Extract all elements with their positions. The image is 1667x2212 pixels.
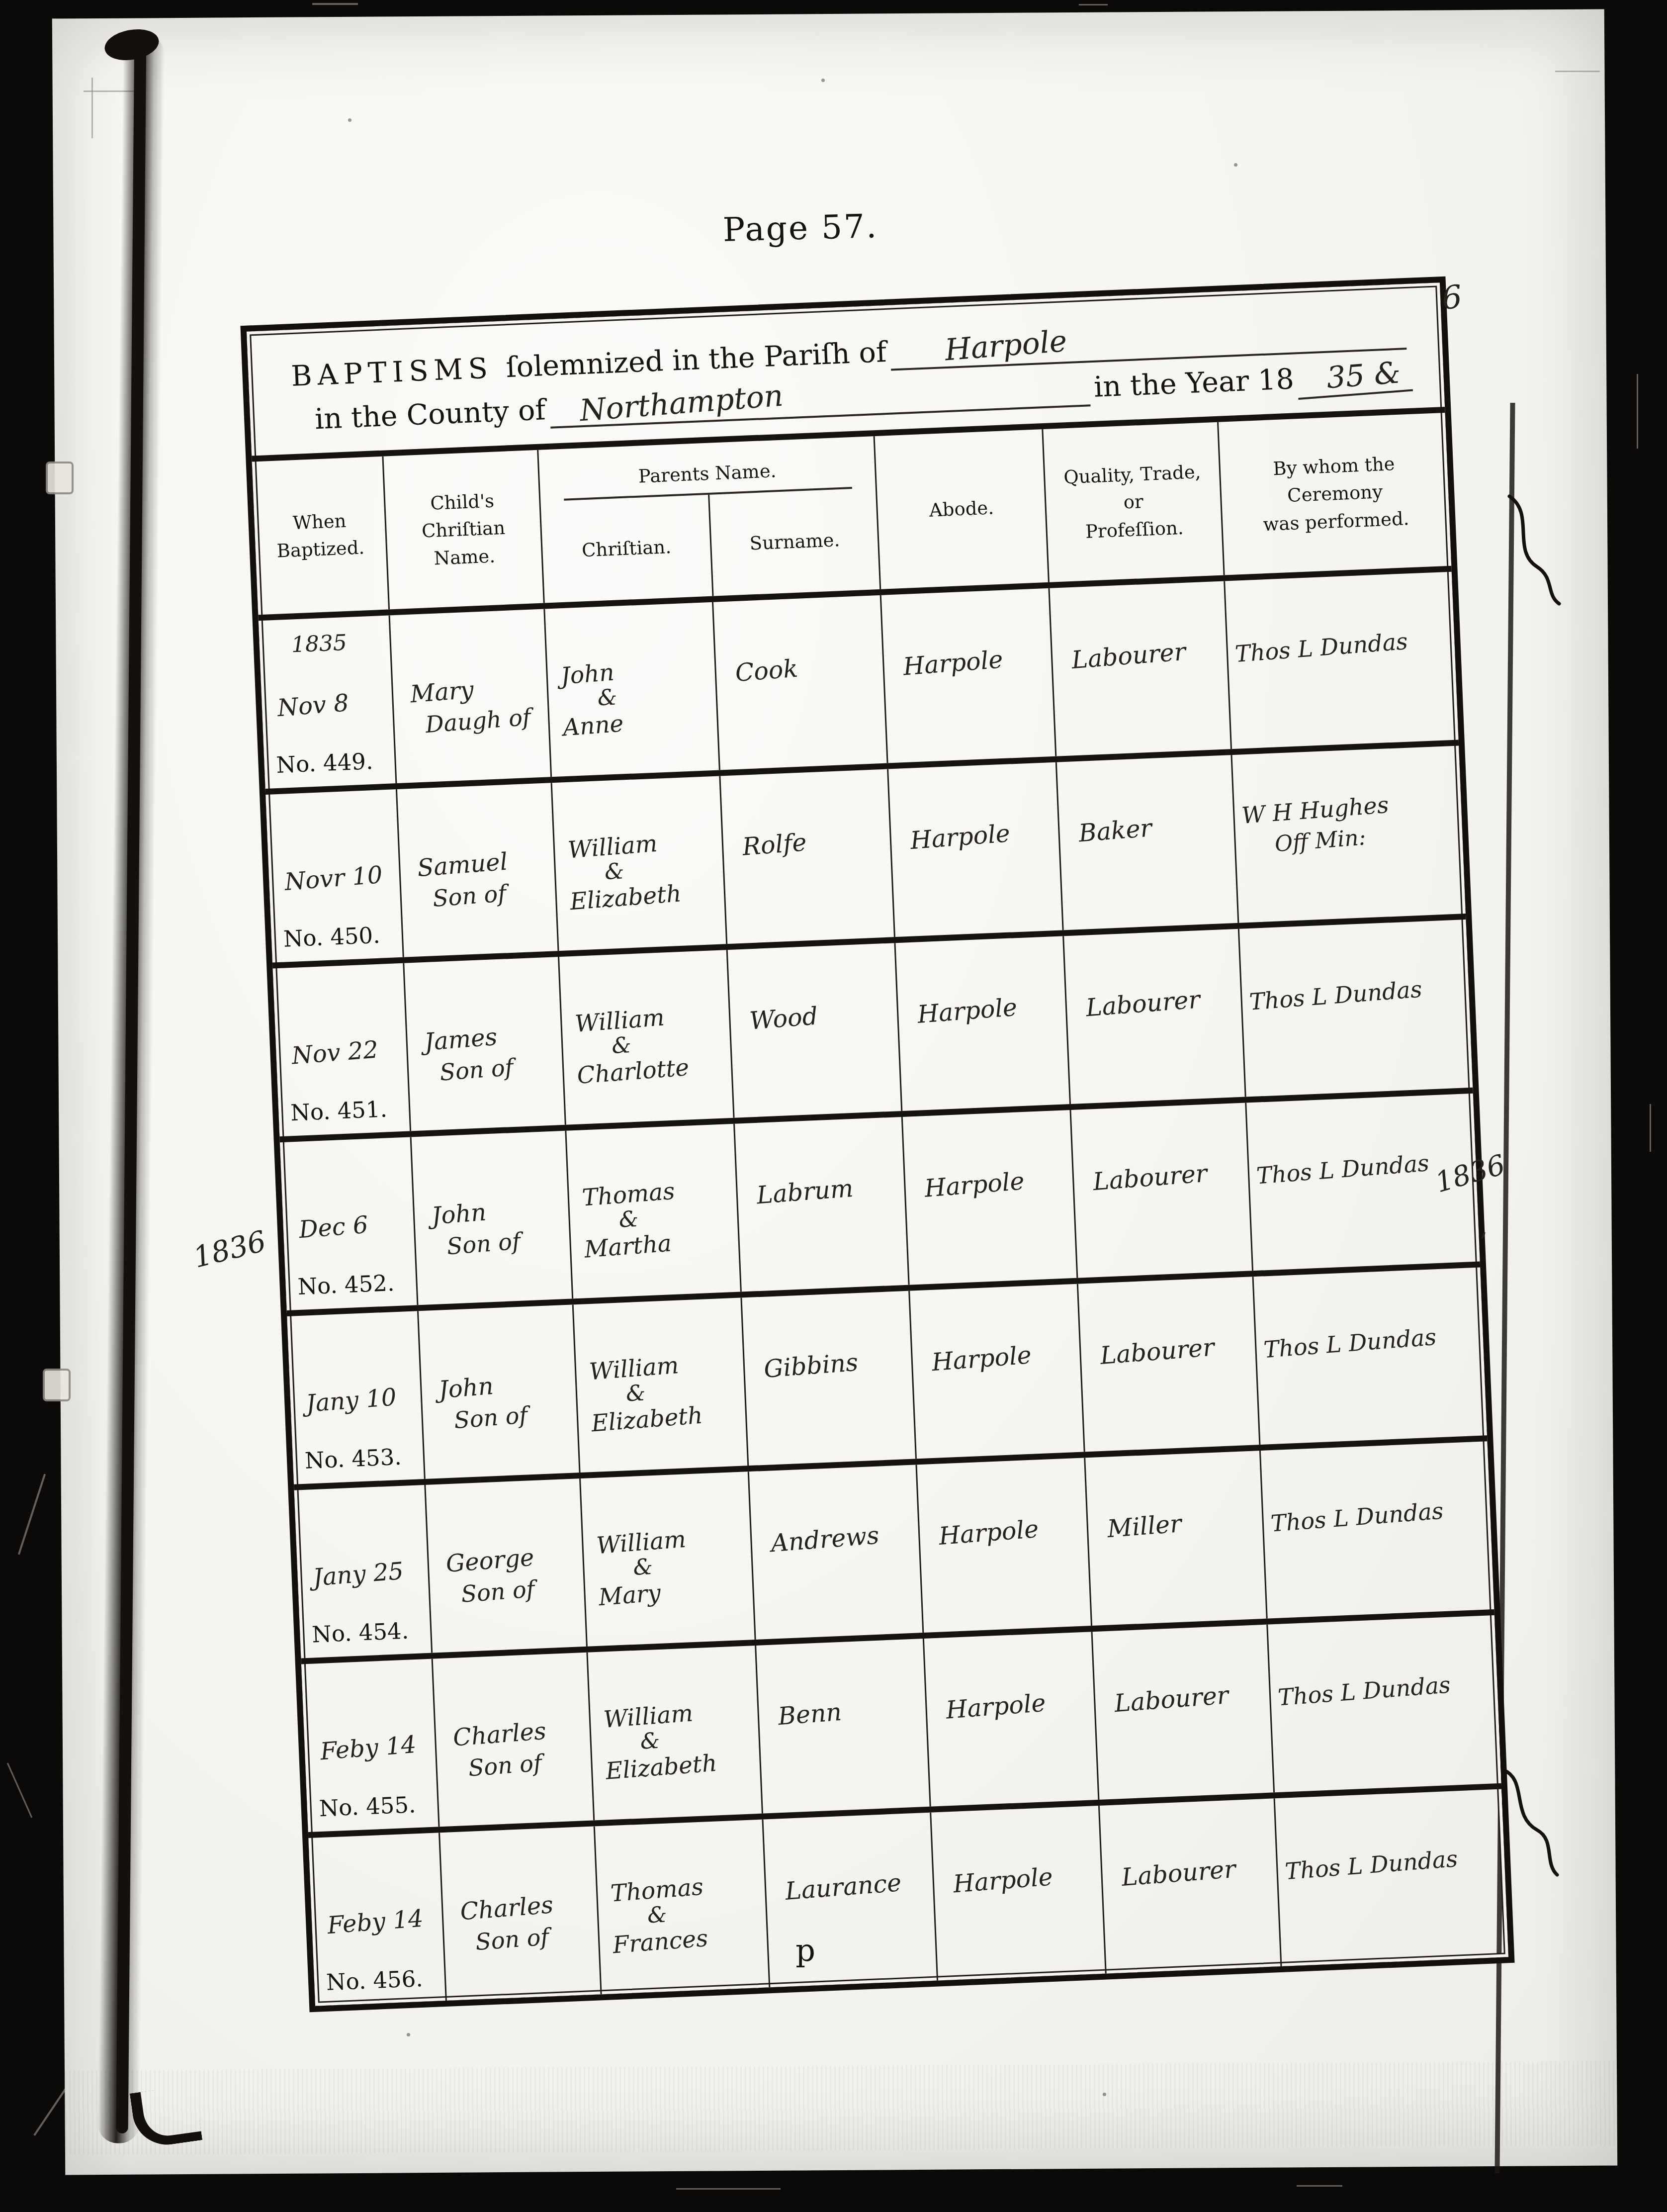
quality-cell: Labourer (1049, 581, 1231, 756)
minister-cell: Thos L Dundas (1266, 1615, 1501, 1793)
child-name-cell: John Son of (417, 1304, 579, 1479)
surname: Laurance (784, 1868, 902, 1906)
parent-christian-cell: John & Anne (543, 602, 718, 777)
abode: Harpole (924, 1167, 1026, 1202)
surname: Wood (748, 1002, 818, 1035)
entry-date: Feby 14 (309, 1874, 443, 1941)
child-name-cell: George Son of (424, 1478, 586, 1653)
abode-cell: Harpole (909, 1284, 1084, 1459)
abode: Harpole (902, 645, 1004, 681)
abode-cell: Harpole (916, 1458, 1091, 1633)
surname-cell: Wood (726, 943, 901, 1118)
abode-cell: Harpole (894, 936, 1069, 1111)
quality-cell: Labourer (1062, 929, 1245, 1104)
child-name-cell: Charles Son of (439, 1827, 601, 2001)
abode: Harpole (931, 1341, 1033, 1377)
entry-number: No. 453. (304, 1444, 402, 1474)
parent-christian-cell: William & Charlotte (558, 950, 733, 1125)
entry-number: No. 450. (283, 922, 380, 952)
quality: Labourer (1092, 1159, 1208, 1196)
col-header-childs-name: Child's Chriſtian Name. (382, 450, 543, 610)
abode-cell: Harpole (887, 762, 1062, 937)
surname-cell: Cook (712, 595, 887, 770)
abode-cell: Harpole (923, 1632, 1098, 1807)
child-name-cell: James Son of (403, 957, 565, 1131)
col-header-line: Ceremony (1287, 478, 1383, 510)
entry-date: Nov 8 (260, 657, 394, 724)
frame-scratch (7, 1763, 33, 1818)
scanned-register-page: Page 57. BAPTISMS ſolemnized in the Pari… (0, 0, 1667, 2212)
abode: Harpole (952, 1862, 1054, 1898)
parent-christian-cell: Thomas & Frances (594, 1820, 769, 1995)
thread-squiggle (1500, 492, 1575, 607)
when-baptized-cell: Feby 14 No. 455. (301, 1659, 438, 1832)
col-header-parent-christian: Chriſtian. (540, 494, 712, 603)
col-header-parents-name: Parents Name. Chriſtian. Surname. (537, 436, 879, 603)
abode: Harpole (909, 819, 1011, 855)
frame-scratch (1637, 374, 1638, 449)
binding-stitch (46, 461, 74, 494)
abode-cell: Harpole (880, 588, 1055, 763)
entry-number: No. 454. (311, 1618, 409, 1648)
county-name-handwritten: Northampton (548, 378, 784, 430)
col-header-quality: Quality, Trade, or Profeſſion. (1042, 422, 1223, 582)
minister-cell: Thos L Dundas (1274, 1789, 1508, 1967)
minister-cell: Thos L Dundas (1252, 1268, 1487, 1445)
scan-noise-band (65, 2061, 1617, 2155)
quality: Labourer (1099, 1333, 1216, 1370)
frame-scratch (1650, 1104, 1651, 1152)
abode: Harpole (945, 1688, 1047, 1724)
frame-scratch (312, 3, 358, 5)
child-name-cell: Samuel Son of (396, 783, 558, 957)
entry-year: 1835 (259, 615, 390, 664)
parent-christian-cell: William & Elizabeth (551, 776, 726, 951)
corner-mark (1555, 71, 1600, 72)
when-baptized-cell: Dec 6 No. 452. (280, 1137, 417, 1310)
col-header-line: By whom the (1272, 450, 1395, 483)
quality: Labourer (1085, 985, 1201, 1022)
catchword: p (776, 1932, 835, 1968)
entry-year (294, 1485, 426, 1534)
binding-stitch (43, 1369, 71, 1401)
entry-date: Jany 10 (288, 1353, 422, 1419)
surname-cell: Labrum (733, 1117, 908, 1292)
col-header-line: Baptized. (276, 534, 365, 565)
surname-cell: Andrews (748, 1465, 923, 1640)
frame-scratch (1079, 4, 1108, 5)
quality: Baker (1078, 814, 1153, 847)
when-baptized-cell: Jany 10 No. 453. (287, 1311, 424, 1484)
col-header-when-baptized: When Baptized. (252, 457, 388, 615)
minister-cell: Thos L Dundas (1259, 1441, 1494, 1619)
when-baptized-cell: 1835 Nov 8 No. 449. (259, 615, 395, 788)
quality-cell: Labourer (1098, 1798, 1281, 1973)
col-header-line: When (292, 507, 347, 537)
scan-speck (1103, 2093, 1106, 2096)
entry-number: No. 455. (319, 1791, 416, 1822)
quality: Labourer (1121, 1854, 1237, 1891)
quality-cell: Baker (1055, 755, 1238, 930)
table-body: 1835 Nov 8 No. 449. Mary Daugh of John &… (258, 566, 1508, 2006)
surname-cell: Gibbins (740, 1291, 915, 1466)
title-line2-text: in the County of (314, 393, 546, 436)
frame-scratch (1297, 2185, 1342, 2187)
quality-cell: Labourer (1077, 1277, 1259, 1452)
scan-speck (821, 79, 825, 82)
quality-cell: Miller (1084, 1451, 1266, 1626)
surname: Labrum (756, 1174, 854, 1209)
entry-date: Dec 6 (281, 1179, 415, 1245)
entry-date: Nov 22 (273, 1005, 408, 1071)
entry-number: No. 449. (276, 748, 373, 778)
when-baptized-cell: Jany 25 No. 454. (294, 1485, 431, 1658)
scan-speck (1234, 163, 1237, 167)
col-header-line: Abode. (929, 494, 994, 525)
entry-year (265, 789, 397, 838)
parent-christian-cell: William & Elizabeth (586, 1646, 761, 1821)
col-header-abode: Abode. (874, 429, 1048, 589)
entry-number: No. 451. (290, 1096, 387, 1126)
entry-year (280, 1137, 412, 1187)
col-header-line: Child's (430, 487, 495, 517)
surname: Benn (777, 1697, 843, 1731)
entry-date: Feby 14 (302, 1700, 437, 1767)
quality: Miller (1106, 1509, 1183, 1543)
entry-number: No. 452. (297, 1270, 395, 1300)
child-name-cell: Charles Son of (431, 1653, 593, 1827)
entry-year (308, 1833, 440, 1882)
entry-number: No. 456. (326, 1965, 423, 1996)
surname: Andrews (770, 1521, 880, 1557)
minister-cell: W H Hughes Off Min: (1231, 745, 1466, 923)
parent-christian-cell: William & Elizabeth (572, 1298, 747, 1473)
quality-cell: Labourer (1070, 1103, 1252, 1278)
entry-date: Novr 10 (266, 831, 401, 898)
surname: Gibbins (763, 1348, 859, 1383)
col-header-line: Chriſtian Name. (390, 513, 538, 574)
quality-cell: Labourer (1091, 1625, 1274, 1800)
quality: Labourer (1113, 1681, 1229, 1718)
frame-scratch (18, 1474, 46, 1555)
scan-speck (407, 2033, 410, 2036)
when-baptized-cell: Nov 22 No. 451. (272, 963, 409, 1136)
surname: Cook (734, 654, 799, 687)
entry-date: Jany 25 (295, 1526, 429, 1593)
title-year-printed: in the Year 18 (1093, 363, 1295, 403)
minister-cell: Thos L Dundas (1238, 920, 1473, 1097)
abode: Harpole (938, 1514, 1040, 1550)
child-name-cell: John Son of (410, 1131, 572, 1305)
col-header-parent-surname: Surname. (708, 488, 879, 596)
minister-cell: Thos L Dundas (1224, 572, 1458, 749)
col-header-line: Quality, Trade, (1063, 458, 1201, 491)
col-header-by-whom: By whom the Ceremony was performed. (1217, 413, 1451, 575)
col-header-line: was performed. (1263, 505, 1410, 539)
scan-speck (348, 118, 351, 122)
corner-mark (91, 78, 93, 138)
abode-cell: Harpole (901, 1110, 1076, 1285)
entry-year (272, 963, 404, 1013)
surname: Rolfe (741, 828, 807, 861)
when-baptized-cell: Novr 10 No. 450. (265, 789, 402, 962)
title-baptisms: BAPTISMS (290, 352, 494, 393)
year-overflow-digit: 6 (1440, 278, 1464, 317)
entry-year (301, 1659, 433, 1708)
surname-cell: Benn (755, 1639, 930, 1814)
child-name-cell: Mary Daugh of (388, 609, 550, 784)
frame-scratch (676, 2188, 781, 2190)
surname-cell: Rolfe (719, 769, 894, 944)
parent-christian-cell: Thomas & Martha (565, 1124, 740, 1299)
entry-year (287, 1311, 419, 1360)
baptism-register-table: BAPTISMS ſolemnized in the Pariſh of Har… (240, 276, 1514, 2013)
col-header-line: Profeſſion. (1085, 514, 1184, 546)
col-header-parents-title: Parents Name. (638, 457, 777, 490)
abode-cell: Harpole (930, 1806, 1105, 1981)
col-header-line: or (1123, 488, 1144, 516)
when-baptized-cell: Feby 14 No. 456. (308, 1833, 445, 2006)
parent-christian-cell: William & Mary (579, 1472, 754, 1647)
abode: Harpole (917, 993, 1019, 1028)
quality: Labourer (1070, 637, 1187, 674)
year-handwritten: 35 & (1296, 355, 1413, 400)
